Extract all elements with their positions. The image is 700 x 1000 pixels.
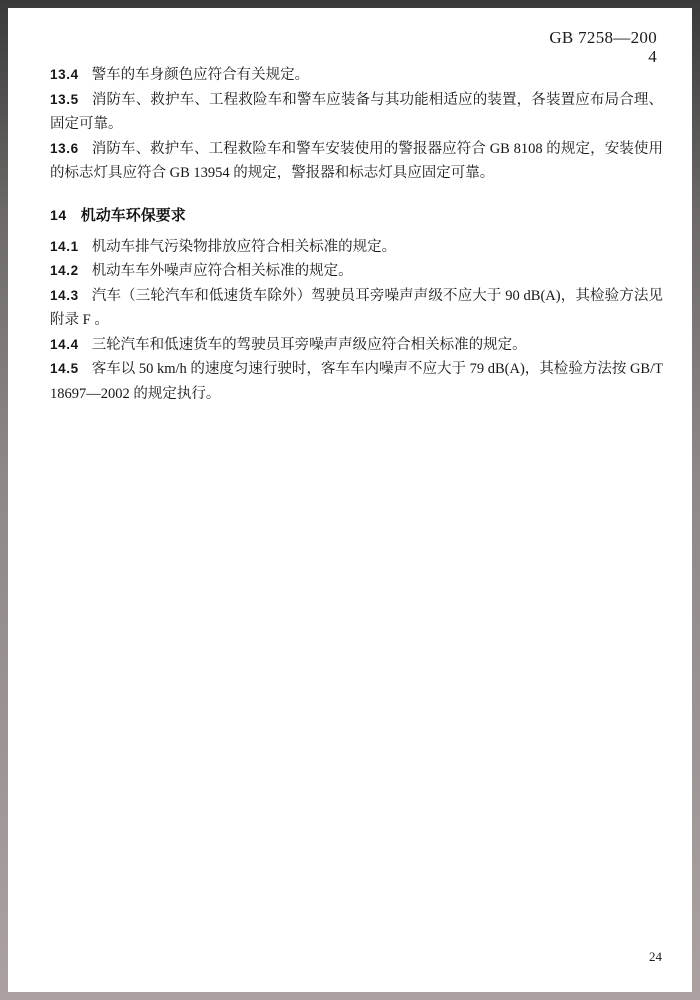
- document-body: 13.4警车的车身颜色应符合有关规定。 13.5消防车、救护车、工程救险车和警车…: [50, 63, 663, 406]
- document-page: GB 7258—200 4 13.4警车的车身颜色应符合有关规定。 13.5消防…: [8, 8, 692, 992]
- clause-number: 13.4: [50, 67, 79, 82]
- clause-text: 三轮汽车和低速货车的驾驶员耳旁噪声声级应符合相关标准的规定。: [92, 337, 527, 353]
- clause-number: 14.2: [50, 263, 79, 278]
- clause-text: 警车的车身颜色应符合有关规定。: [92, 67, 310, 83]
- clause-paragraph: 14.5客车以 50 km/h 的速度匀速行驶时，客车车内噪声不应大于 79 d…: [50, 357, 663, 406]
- clause-text: 机动车车外噪声应符合相关标准的规定。: [92, 263, 353, 279]
- clause-text: 消防车、救护车、工程救险车和警车安装使用的警报器应符合 GB 8108 的规定，…: [50, 141, 663, 182]
- clause-paragraph: 14.2机动车车外噪声应符合相关标准的规定。: [50, 259, 663, 284]
- clause-text: 机动车排气污染物排放应符合相关标准的规定。: [92, 239, 397, 255]
- clause-paragraph: 14.3汽车（三轮汽车和低速货车除外）驾驶员耳旁噪声声级不应大于 90 dB(A…: [50, 284, 663, 333]
- page-footer: 24: [649, 950, 662, 964]
- clause-text: 客车以 50 km/h 的速度匀速行驶时，客车车内噪声不应大于 79 dB(A)…: [50, 361, 663, 402]
- clause-number: 13.5: [50, 92, 79, 107]
- standard-number-line1: GB 7258—200: [549, 28, 657, 47]
- clause-text: 消防车、救护车、工程救险车和警车应装备与其功能相适应的装置，各装置应布局合理、固…: [50, 92, 663, 133]
- clause-paragraph: 13.6消防车、救护车、工程救险车和警车安装使用的警报器应符合 GB 8108 …: [50, 137, 663, 186]
- clause-number: 13.6: [50, 141, 79, 156]
- clause-paragraph: 14.4三轮汽车和低速货车的驾驶员耳旁噪声声级应符合相关标准的规定。: [50, 333, 663, 358]
- clause-number: 14.5: [50, 361, 79, 376]
- clause-paragraph: 14.1机动车排气污染物排放应符合相关标准的规定。: [50, 235, 663, 260]
- clause-paragraph: 13.4警车的车身颜色应符合有关规定。: [50, 63, 663, 88]
- section-number: 14: [50, 207, 67, 223]
- page-number: 24: [649, 949, 662, 964]
- clause-paragraph: 13.5消防车、救护车、工程救险车和警车应装备与其功能相适应的装置，各装置应布局…: [50, 88, 663, 137]
- clause-number: 14.3: [50, 288, 79, 303]
- section-title: 机动车环保要求: [81, 207, 186, 224]
- page-header: GB 7258—200 4: [549, 28, 657, 66]
- clause-number: 14.4: [50, 337, 79, 352]
- scanned-page-frame: { "header": { "line1": "GB 7258—200", "l…: [0, 0, 700, 1000]
- section-heading: 14机动车环保要求: [50, 203, 663, 228]
- clause-number: 14.1: [50, 239, 79, 254]
- clause-text: 汽车（三轮汽车和低速货车除外）驾驶员耳旁噪声声级不应大于 90 dB(A)，其检…: [50, 288, 663, 329]
